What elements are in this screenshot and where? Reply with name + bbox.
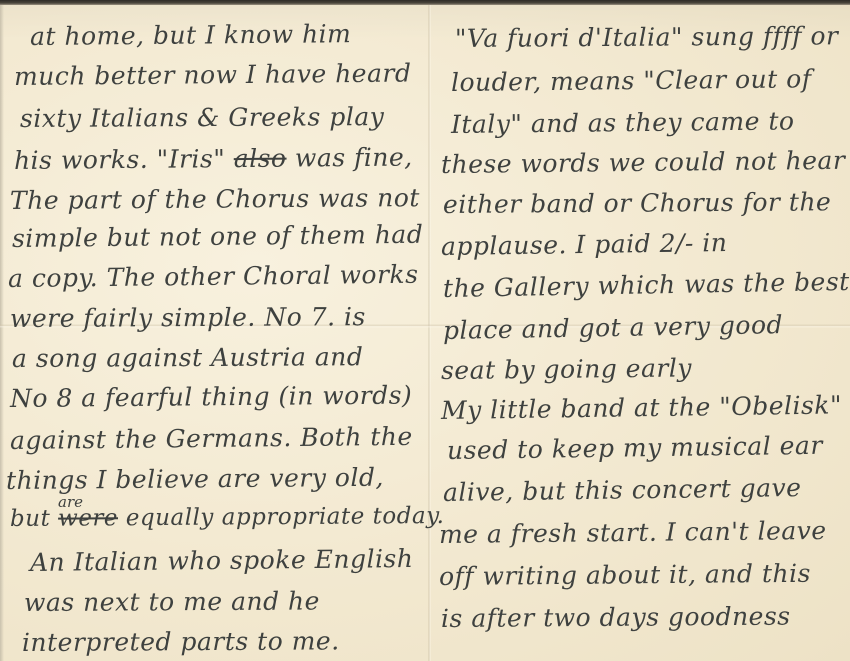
handwritten-line: interpreted parts to me. [22, 626, 340, 657]
handwritten-line: but were equally appropriate today. [10, 503, 445, 532]
handwritten-line: My little band at the "Obelisk" [441, 390, 842, 425]
handwritten-line: applause. I paid 2/- in [441, 228, 728, 261]
handwritten-line: off writing about it, and this [439, 559, 811, 591]
handwritten-line: No 8 a fearful thing (in words) [10, 380, 413, 413]
handwritten-line: either band or Chorus for the [443, 187, 831, 219]
left-page: at home, but I know him much better now … [0, 0, 428, 661]
handwritten-line: much better now I have heard [14, 59, 412, 91]
handwritten-line: sixty Italians & Greeks play [20, 102, 384, 133]
handwritten-line: alive, but this concert gave [443, 473, 802, 507]
handwritten-line: simple but not one of them had [12, 220, 424, 253]
handwritten-line: me a fresh start. I can't leave [439, 516, 827, 549]
handwritten-line: An Italian who spoke English [30, 544, 414, 577]
handwritten-line: place and got a very good [443, 310, 784, 345]
handwritten-line: "Va fuori d'Italia" sung ffff or [455, 21, 839, 53]
handwritten-line: against the Germans. Both the [10, 422, 413, 455]
handwritten-line: his works. "Iris" also was fine, [14, 143, 413, 175]
handwritten-line: used to keep my musical ear [447, 431, 823, 465]
letter-scan: at home, but I know him much better now … [0, 0, 850, 661]
handwritten-line: these words we could not hear [441, 146, 846, 179]
struck-word: were [58, 505, 118, 531]
handwritten-line: The part of the Chorus was not [10, 183, 420, 215]
handwritten-line: is after two days goodness [441, 602, 791, 633]
handwritten-line: were fairly simple. No 7. is [10, 302, 366, 333]
handwritten-line: louder, means "Clear out of [451, 64, 812, 97]
handwritten-line: at home, but I know him [30, 19, 352, 51]
handwritten-line: the Gallery which was the best [443, 267, 850, 303]
handwritten-line: a song against Austria and [12, 342, 364, 373]
handwritten-line: was next to me and he [24, 586, 320, 617]
handwritten-line: seat by going early [441, 353, 692, 385]
struck-word: also [234, 144, 287, 173]
right-page: "Va fuori d'Italia" sung ffff or louder,… [431, 0, 850, 661]
handwritten-line: a copy. The other Choral works [8, 260, 419, 293]
handwritten-line: Italy" and as they came to [451, 106, 795, 139]
handwritten-line: things I believe are very old, [6, 463, 384, 495]
